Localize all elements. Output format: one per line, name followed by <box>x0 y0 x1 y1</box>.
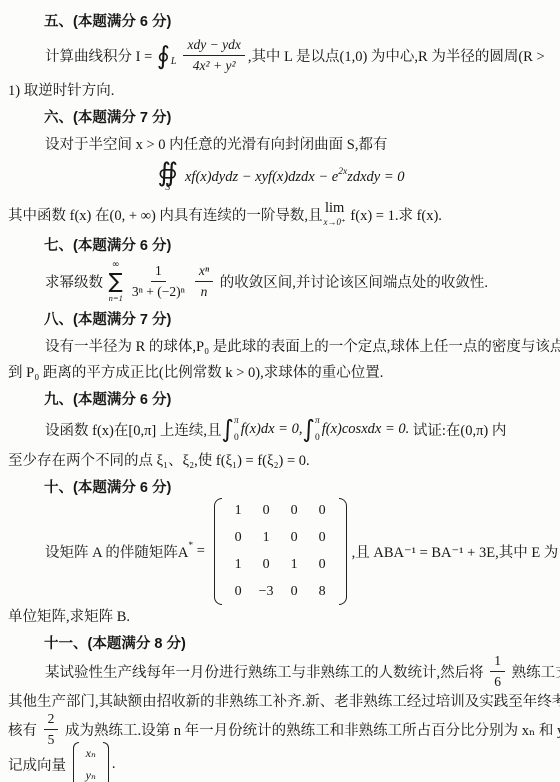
problem-7-header: 七、(本题满分 6 分) <box>8 230 554 258</box>
exam-page: 五、(本题满分 6 分) 计算曲线积分 I = ∮ L xdy − ydx 4x… <box>0 0 560 782</box>
problem-5-tail: ,其中 L 是以点(1,0) 为中心,R 为半径的圆周(R > <box>248 45 545 66</box>
fraction-denominator: 5 <box>44 730 59 749</box>
problem-6-line-3: 其中函数 f(x) 在(0, + ∞) 内具有连续的一阶导数,且 lim x→0… <box>8 198 554 230</box>
formula-exponent: 2x <box>338 167 347 177</box>
fraction-denominator: 3ⁿ + (−2)ⁿ <box>128 282 189 301</box>
problem-10-header: 十、(本题满分 6 分) <box>8 472 554 500</box>
problem-11-line-4a: 记成向量 <box>8 754 70 775</box>
surface-integral: ∯ S <box>157 160 178 194</box>
matrix-right-paren <box>339 498 347 605</box>
fraction-numerator: 1 <box>151 262 166 282</box>
problem-11-line-3a: 核有 <box>8 719 41 740</box>
problem-11-line-3b: 成为熟练工.设第 n 年一月份统计的熟练工和非熟练工所占百分比分别为 xₙ 和 … <box>61 719 560 740</box>
problem-5-line-2: 1) 取逆时针方向. <box>8 76 554 102</box>
matrix-cell: 1 <box>287 557 302 573</box>
vector-entry: xₙ <box>86 746 96 761</box>
problem-9-line-1d: 试证:在(0,π) 内 <box>409 419 506 440</box>
problem-11-line-1b: 熟练工支援 <box>508 661 560 682</box>
matrix-cell: 0 <box>315 530 330 546</box>
limit-text: lim <box>325 201 344 216</box>
problem-9-line-1: 设函数 f(x)在[0,π] 上连续,且 ∫ π 0 f(x)dx = 0, ∫… <box>8 412 554 446</box>
problem-10-tail: ,且 ABA⁻¹ = BA⁻¹ + 3E,其中 E 为 4 阶 <box>352 541 560 562</box>
problem-6-header: 六、(本题满分 7 分) <box>8 102 554 130</box>
matrix-cell: 1 <box>259 530 274 546</box>
matrix-cell: 0 <box>287 530 302 546</box>
integral-upper-limit: π <box>315 416 320 426</box>
matrix-cell: 0 <box>315 503 330 519</box>
adjugate-star: * <box>188 541 193 551</box>
problem-6-display-formula: ∯ S xf(x)dydz − xyf(x)dzdx − e 2x zdxdy … <box>8 156 554 198</box>
problem-6-line-1: 设对于半空间 x > 0 内任意的光滑有向封闭曲面 S,都有 <box>8 130 554 156</box>
column-vector: xₙ yₙ <box>73 742 109 782</box>
matrix-cell: 0 <box>231 584 246 600</box>
vector-entry: yₙ <box>86 768 96 782</box>
problem-10-lead: 设矩阵 A 的伴随矩阵A <box>45 541 188 562</box>
integral-limits: π 0 <box>234 416 239 443</box>
problem-6-line-3b: f(x) = 1.求 f(x). <box>347 204 442 225</box>
integral-limits: π 0 <box>315 416 320 443</box>
integral-lower-limit: 0 <box>234 433 239 443</box>
problem-8-line-2: 到 P₀ 距离的平方成正比(比例常数 k > 0),求球体的重心位置. <box>8 358 554 384</box>
problem-7-lead: 求幂级数 <box>45 271 107 292</box>
surface-integral-subscript: S <box>165 184 170 194</box>
problem-9-line-2: 至少存在两个不同的点 ξ₁、ξ₂,使 f(ξ₁) = f(ξ₂) = 0. <box>8 446 554 472</box>
matrix-cell: 0 <box>259 503 274 519</box>
problem-8-line-1: 设有一半径为 R 的球体,P₀ 是此球的表面上的一个定点,球体上任一点的密度与该… <box>8 332 554 358</box>
integral-upper-limit: π <box>234 416 239 426</box>
formula-left: xf(x)dydz − xyf(x)dzdx − e <box>185 169 338 186</box>
fraction-denominator: 4x² + y² <box>189 56 240 75</box>
fraction-numerator: xⁿ <box>195 262 213 282</box>
fraction-term: xⁿ n <box>195 262 213 300</box>
problem-9-line-1a: 设函数 f(x)在[0,π] 上连续,且 <box>45 419 221 440</box>
integral-icon: ∫ <box>221 417 234 441</box>
matrix-cell: 1 <box>231 557 246 573</box>
problem-8-header: 八、(本题满分 7 分) <box>8 304 554 332</box>
definite-integral: ∫ π 0 <box>302 416 321 443</box>
matrix-cell: 0 <box>259 557 274 573</box>
integral-lower-limit: 0 <box>315 433 320 443</box>
problem-11-line-1a: 某试验性生产线每年一月份进行熟练工与非熟练工的人数统计,然后将 <box>45 661 487 682</box>
limit-subscript: x→0⁺ <box>324 218 346 227</box>
limit: lim x→0⁺ <box>324 201 346 227</box>
problem-10-line-2: 单位矩阵,求矩阵 B. <box>8 602 554 628</box>
fraction-numerator: xdy − ydx <box>183 36 244 56</box>
matrix-cell: 0 <box>315 557 330 573</box>
contour-integral-subscript: L <box>171 56 177 67</box>
integral-icon: ∫ <box>302 417 315 441</box>
problem-10-line-1: 设矩阵 A 的伴随矩阵A * = 1 0 0 0 0 1 0 0 1 0 1 0… <box>8 500 554 602</box>
vector-left-paren <box>73 742 79 782</box>
problem-5-header: 五、(本题满分 6 分) <box>8 6 554 34</box>
vector-entries: xₙ yₙ <box>81 742 101 782</box>
matrix-grid: 1 0 0 0 0 1 0 0 1 0 1 0 0 −3 0 8 <box>224 498 337 605</box>
problem-7-line-1: 求幂级数 ∞ ∑ n=1 1 3ⁿ + (−2)ⁿ xⁿ n 的收敛区间,并讨论… <box>8 258 554 304</box>
problem-11-header: 十一、(本题满分 8 分) <box>8 628 554 656</box>
summation-icon: ∑ <box>109 271 123 292</box>
problem-11-line-1: 某试验性生产线每年一月份进行熟练工与非熟练工的人数统计,然后将 1 6 熟练工支… <box>8 656 554 686</box>
contour-integral: ∮ L <box>157 43 180 68</box>
fraction-denominator: 6 <box>490 672 505 691</box>
vector-right-paren <box>103 742 109 782</box>
problem-10-equals: = <box>193 543 208 560</box>
matrix-cell: 0 <box>231 530 246 546</box>
contour-integral-icon: ∮ <box>157 43 170 68</box>
problem-9-line-1b: f(x)dx = 0, <box>241 421 303 438</box>
matrix: 1 0 0 0 0 1 0 0 1 0 1 0 0 −3 0 8 <box>214 498 347 605</box>
problem-9-line-1c: f(x)cosxdx = 0. <box>322 421 409 438</box>
formula-right: zdxdy = 0 <box>347 169 404 186</box>
problem-11-line-2: 其他生产部门,其缺额由招收新的非熟练工补齐.新、老非熟练工经过培训及实践至年终考 <box>8 686 554 714</box>
matrix-cell: 0 <box>287 503 302 519</box>
fraction-numerator: 2 <box>44 710 59 730</box>
fraction-denominator: n <box>197 282 212 301</box>
summation-lower-limit: n=1 <box>109 294 123 303</box>
matrix-cell: 8 <box>315 584 330 600</box>
matrix-cell: −3 <box>259 584 274 600</box>
summation: ∞ ∑ n=1 <box>109 260 123 302</box>
fraction-one-sixth: 1 6 <box>490 652 505 690</box>
problem-5-line-1: 计算曲线积分 I = ∮ L xdy − ydx 4x² + y² ,其中 L … <box>8 34 554 76</box>
problem-6-line-3a: 其中函数 f(x) 在(0, + ∞) 内具有连续的一阶导数,且 <box>8 204 323 225</box>
fraction-numerator: 1 <box>490 652 505 672</box>
definite-integral: ∫ π 0 <box>221 416 240 443</box>
fraction-two-fifths: 2 5 <box>44 710 59 748</box>
problem-11-line-4: 记成向量 xₙ yₙ . <box>8 744 554 782</box>
matrix-cell: 0 <box>287 584 302 600</box>
matrix-left-paren <box>214 498 222 605</box>
problem-9-header: 九、(本题满分 6 分) <box>8 384 554 412</box>
problem-7-tail: 的收敛区间,并讨论该区间端点处的收敛性. <box>216 271 488 292</box>
problem-11-line-4b: . <box>112 756 116 773</box>
matrix-cell: 1 <box>231 503 246 519</box>
problem-11-line-3: 核有 2 5 成为熟练工.设第 n 年一月份统计的熟练工和非熟练工所占百分比分别… <box>8 714 554 744</box>
fraction-series: 1 3ⁿ + (−2)ⁿ <box>128 262 189 300</box>
fraction-p5: xdy − ydx 4x² + y² <box>183 36 244 74</box>
problem-5-lead: 计算曲线积分 I = <box>45 45 156 66</box>
